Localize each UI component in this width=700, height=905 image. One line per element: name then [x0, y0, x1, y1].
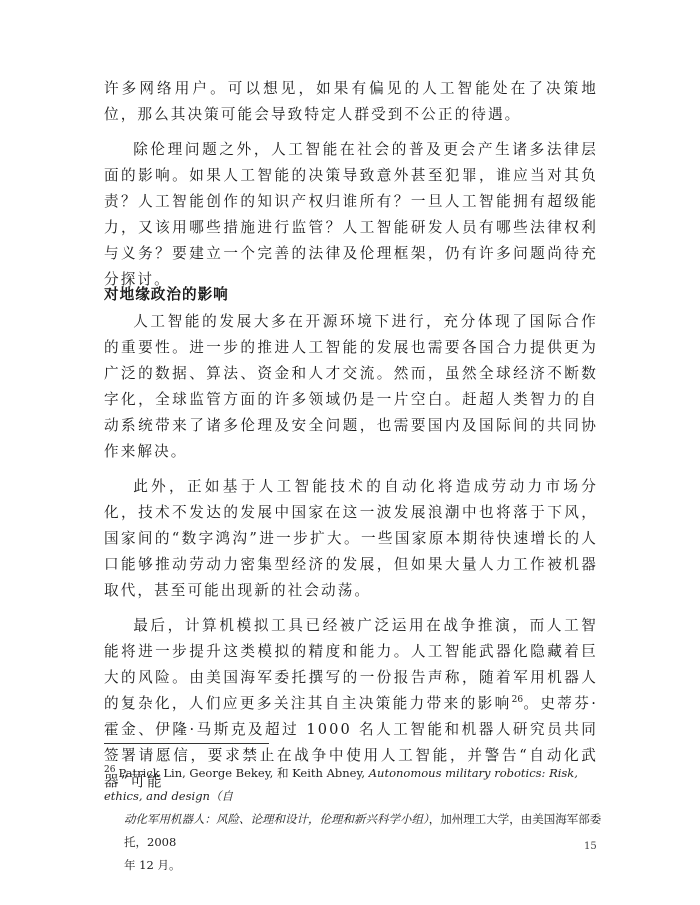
footnote-continuation: 动化军用机器人：风险、论理和设计，伦理和新兴科学小组），加州理工大学，由美国海军…: [104, 808, 604, 854]
footnote-number: 26: [104, 765, 115, 775]
top-text-block: 许多网络用户。可以想见，如果有偏见的人工智能处在了决策地位，那么其决策可能会导致…: [104, 76, 598, 302]
footnote-date: 年 12 月。: [104, 854, 604, 877]
section-text-block: 人工智能的发展大多在开源环境下进行，充分体现了国际合作的重要性。进一步的推进人工…: [104, 309, 598, 804]
document-page: 许多网络用户。可以想见，如果有偏见的人工智能处在了决策地位，那么其决策可能会导致…: [0, 0, 700, 905]
page-number: 15: [584, 841, 597, 852]
paragraph: 人工智能的发展大多在开源环境下进行，充分体现了国际合作的重要性。进一步的推进人工…: [104, 309, 598, 465]
paragraph: 许多网络用户。可以想见，如果有偏见的人工智能处在了决策地位，那么其决策可能会导致…: [104, 76, 598, 128]
footnote: 26Patrick Lin, George Bekey, 和 Keith Abn…: [104, 762, 604, 877]
footnote-divider: [104, 743, 269, 744]
paragraph: 此外，正如基于人工智能技术的自动化将造成劳动力市场分化，技术不发达的发展中国家在…: [104, 474, 598, 604]
footnote-authors: Patrick Lin, George Bekey, 和 Keith Abney…: [118, 766, 368, 780]
footnote-title-translation: （自: [210, 789, 233, 803]
footnote-reference[interactable]: 26: [512, 695, 523, 705]
paragraph: 除伦理问题之外，人工智能在社会的普及更会产生诸多法律层面的影响。如果人工智能的决…: [104, 137, 598, 293]
footnote-title-translation: 动化军用机器人：风险、论理和设计，伦理和新兴科学小组）: [124, 812, 429, 826]
section-heading: 对地缘政治的影响: [104, 283, 229, 304]
